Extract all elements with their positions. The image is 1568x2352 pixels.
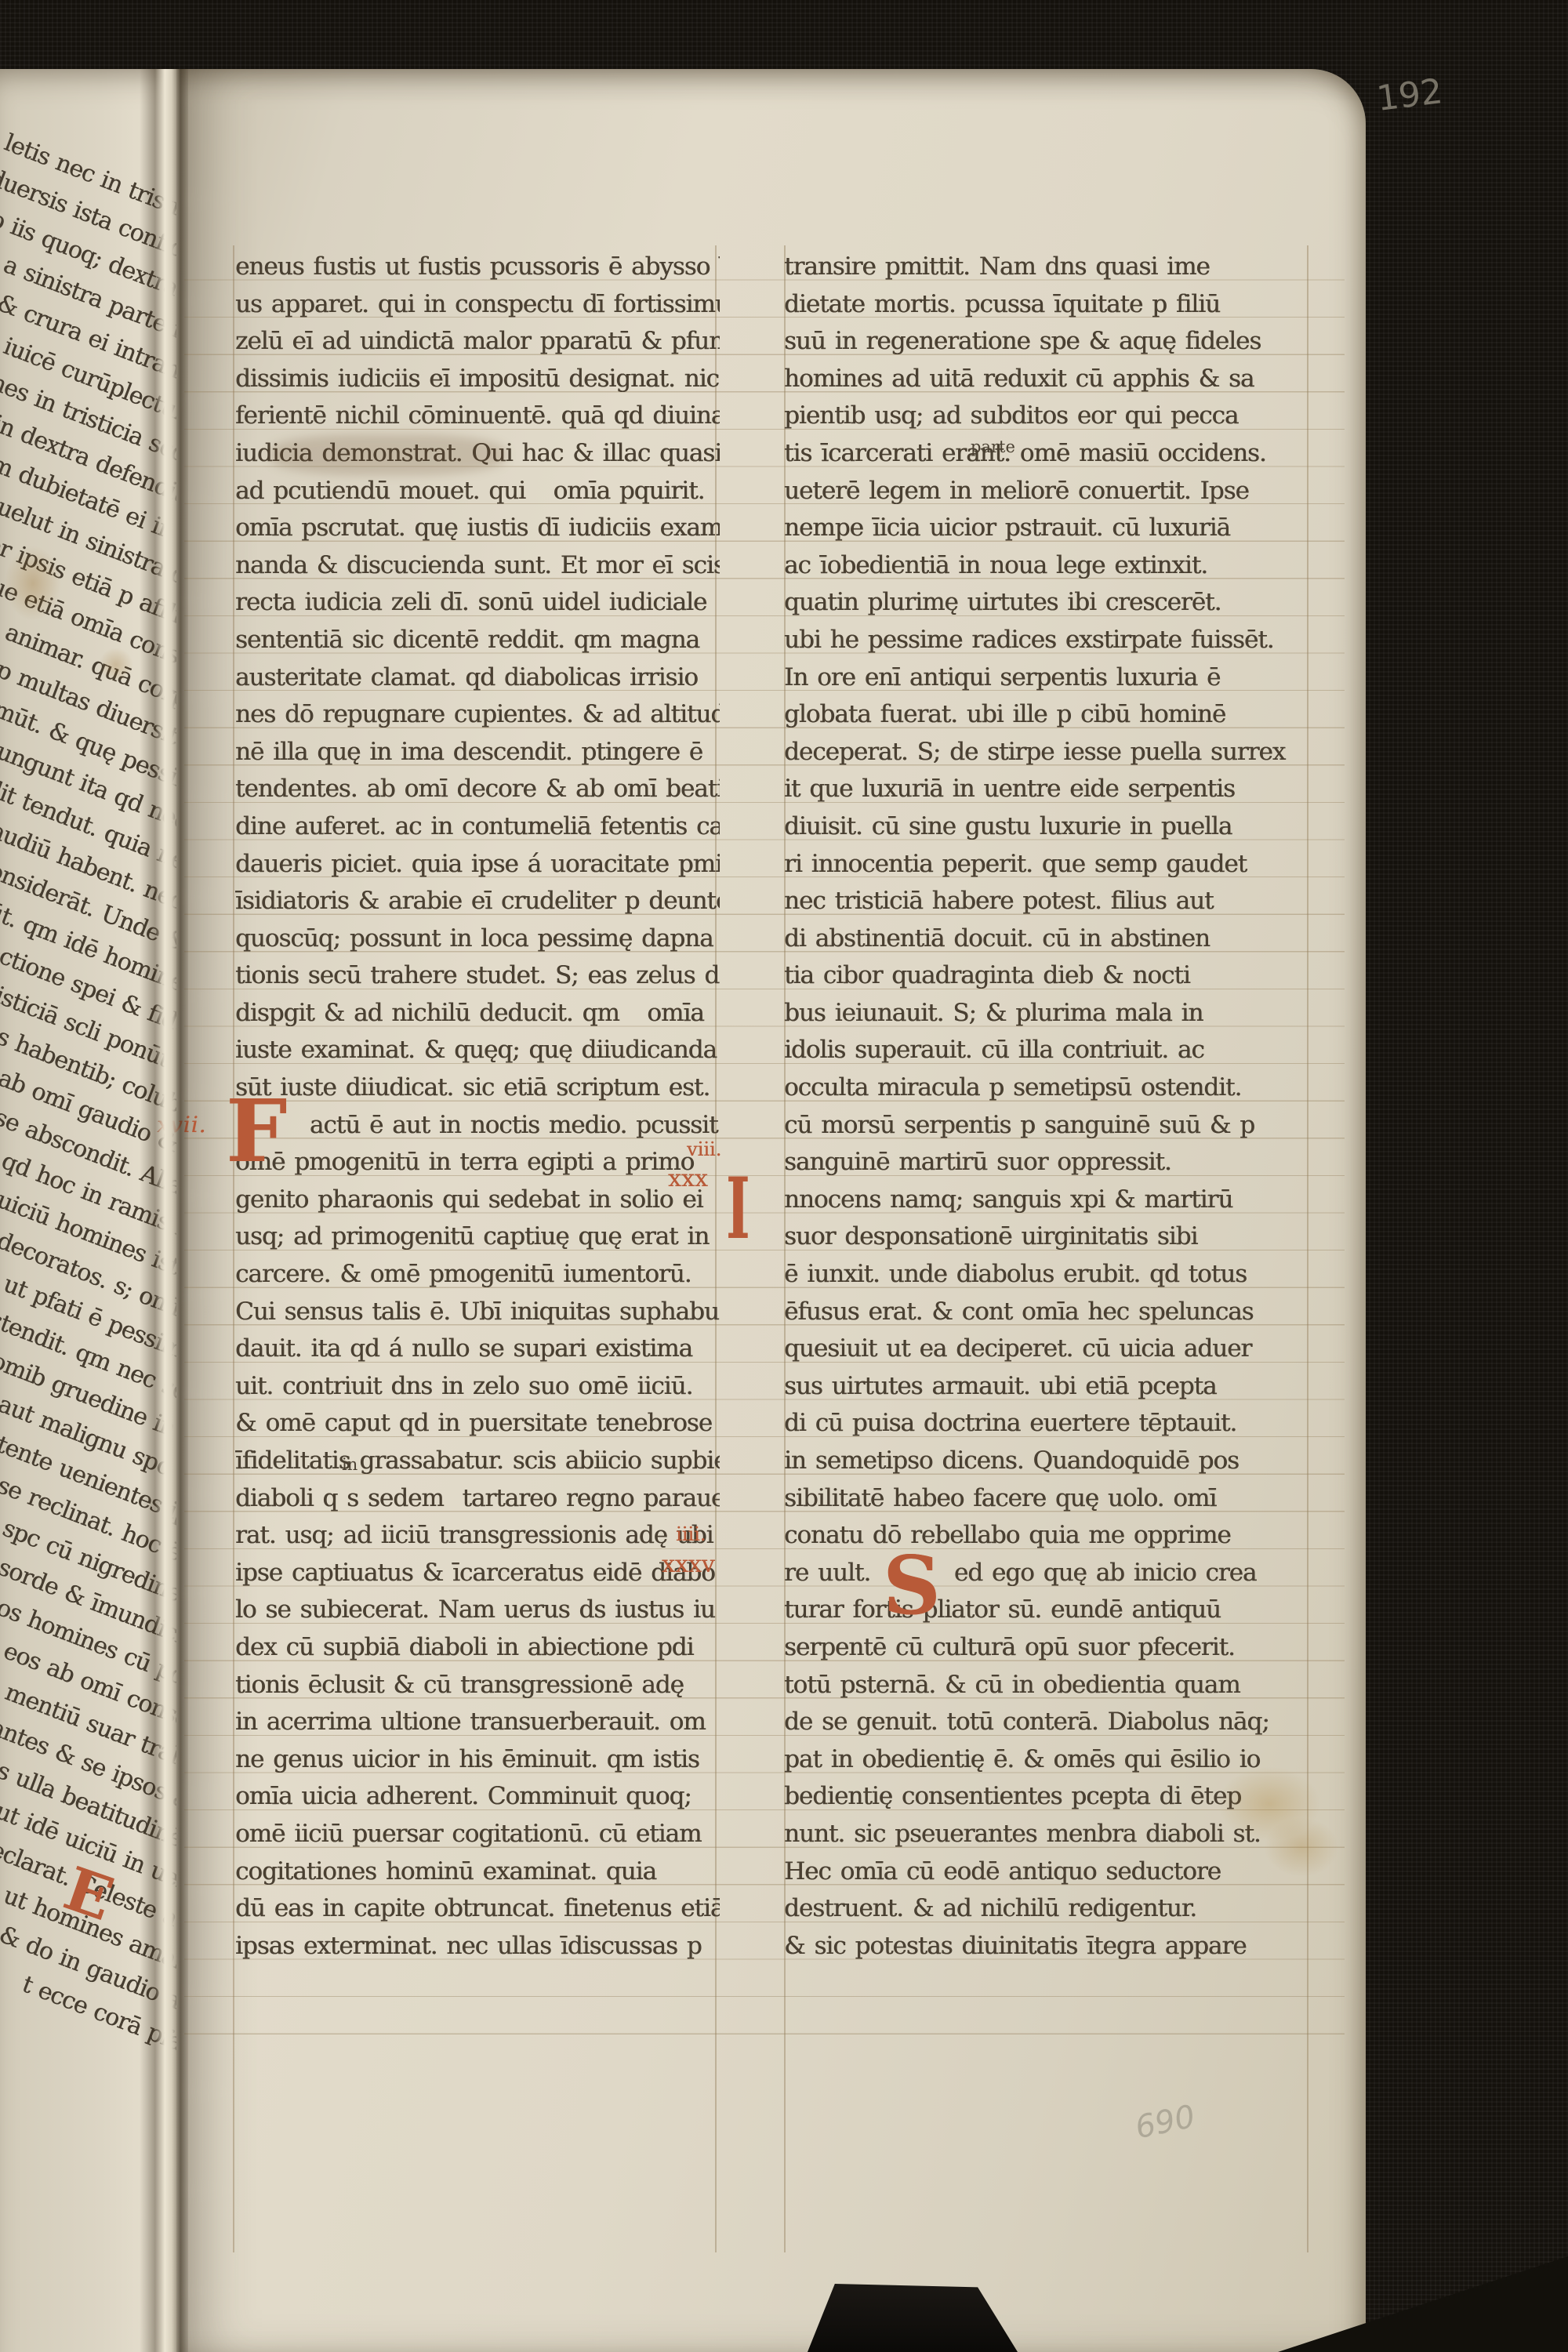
manuscript-text-line: dū eas in capite obtruncat. finetenus et…	[235, 1891, 720, 1929]
manuscript-text-line: globata fuerat. ubi ille p cibū hominē	[784, 697, 1311, 735]
manuscript-text-line: nes dō repugnare cupientes. & ad altitud…	[235, 697, 720, 735]
facing-page-edge: in letis nec in tristibaduersis ista con…	[0, 69, 184, 2352]
ruling-vertical-left-a	[233, 245, 234, 2252]
manuscript-text-line: zelū eī ad uindictā malor pparatū & pfun	[235, 324, 720, 361]
manuscript-text-line: occulta miracula p semetipsū ostendit.	[784, 1070, 1311, 1108]
manuscript-text-line: quoscūq; possunt in loca pessimę dapna	[235, 921, 720, 959]
manuscript-text-line: Cui sensus talis ē. Ubī iniquitas suphab…	[235, 1294, 720, 1332]
manuscript-text-line: rat. usq; ad iiciū transgressionis adę u…	[235, 1518, 720, 1555]
manuscript-text-line: dispgit & ad nichilū deducit. qm omīa	[235, 996, 720, 1033]
chapter-number-xxx: xxx	[668, 1165, 708, 1192]
manuscript-text-line: sententiā sic dicentē reddit. qm magna	[235, 622, 720, 660]
manuscript-text-line: actū ē aut in noctis medio. pcussit dns	[235, 1108, 720, 1145]
manuscript-text-line: conatu dō rebellabo quia me opprime	[784, 1518, 1311, 1555]
manuscript-text-line: ēfusus erat. & cont omīa hec speluncas	[784, 1294, 1311, 1332]
manuscript-text-line: dex cū supbiā diaboli in abiectione pdi	[235, 1630, 720, 1668]
chapter-number-iiii: iiii.	[676, 1523, 706, 1545]
initial-F: F	[226, 1088, 287, 1174]
manuscript-text-line: ubi he pessime radices exstirpate fuissē…	[784, 622, 1311, 660]
manuscript-text-line: di cū puisa doctrina euertere tēptauit.	[784, 1406, 1311, 1443]
manuscript-text-line: ferientē nichil cōminuentē. quā qd diuin…	[235, 398, 720, 436]
manuscript-text-line: re uult. ed ego quę ab inicio crea	[784, 1555, 1311, 1593]
manuscript-text-line: suor desponsationē uirginitatis sibi	[784, 1219, 1311, 1257]
manuscript-text-line: destruent. & ad nichilū redigentur.	[784, 1891, 1311, 1929]
manuscript-text-line: diaboli q s sedem tartareo regno paraue	[235, 1481, 720, 1519]
manuscript-text-line: ipse captiuatus & īcarceratus eidē diabo	[235, 1555, 720, 1593]
manuscript-text-line: ē iunxit. unde diabolus erubit. qd totus	[784, 1257, 1311, 1294]
manuscript-text-line: di abstinentiā docuit. cū in abstinen	[784, 921, 1311, 959]
manuscript-text-line: omē iiciū puersar cogitationū. cū etiam	[235, 1817, 720, 1854]
manuscript-text-line: genito pharaonis qui sedebat in solio ei	[235, 1182, 720, 1220]
manuscript-text-line: ac īobedientiā in noua lege extinxit.	[784, 548, 1311, 586]
manuscript-text-line: dietate mortis. pcussa īquitate p filiū	[784, 287, 1311, 325]
manuscript-text-line: Hec omīa cū eodē antiquo seductore	[784, 1854, 1311, 1892]
manuscript-text-line: dissimis iudiciis eī impositū designat. …	[235, 361, 720, 399]
manuscript-text-line: sūt iuste diiudicat. sic etiā scriptum e…	[235, 1070, 720, 1108]
manuscript-text-line: transire pmittit. Nam dns quasi ime	[784, 249, 1311, 287]
manuscript-text-line: eneus fustis ut fustis pcussoris ē abyss…	[235, 249, 720, 287]
manuscript-text-line: de se genuit. totū conterā. Diabolus nāq…	[784, 1704, 1311, 1742]
manuscript-text-line: sibilitatē habeo facere quę uolo. omī	[784, 1481, 1311, 1519]
manuscript-text-line: austeritate clamat. qd diabolicas irrisi…	[235, 660, 720, 698]
erasure-smudge	[270, 434, 506, 475]
manuscript-text-line: bus ieiunauit. S; & plurima mala in	[784, 996, 1311, 1033]
manuscript-text-line: uit. contriuit dns in zelo suo omē iiciū…	[235, 1369, 720, 1406]
manuscript-text-line: pientib usq; ad subditos eor qui pecca	[784, 398, 1311, 436]
manuscript-text-line: quesiuit ut ea deciperet. cū uicia aduer	[784, 1331, 1311, 1369]
manuscript-text-line: in acerrima ultione transuerberauit. om	[235, 1704, 720, 1742]
manuscript-text-line: it que luxuriā in uentre eide serpentis	[784, 771, 1311, 809]
manuscript-text-line: nunt. sic pseuerantes menbra diaboli st.	[784, 1817, 1311, 1854]
manuscript-text-line: tendentes. ab omī decore & ab omī beatit…	[235, 771, 720, 809]
initial-S: S	[883, 1546, 941, 1626]
manuscript-text-line: omīa pscrutat. quę iustis dī iudiciis ex…	[235, 510, 720, 548]
text-column-right: transire pmittit. Nam dns quasi imedieta…	[784, 249, 1311, 1965]
manuscript-text-line: & sic potestas diuinitatis ītegra appare	[784, 1929, 1311, 1966]
manuscript-text-line: tis īcarcerati erant. omē masiū occidens…	[784, 436, 1311, 474]
chapter-number-xxxv: xxxv	[662, 1551, 715, 1578]
initial-I: I	[726, 1167, 750, 1251]
manuscript-text-line: ipsas exterminat. nec ullas īdiscussas p	[235, 1929, 720, 1966]
manuscript-text-line: ne genus uicior in his ēminuit. qm istis	[235, 1742, 720, 1780]
manuscript-text-line: serpentē cū culturā opū suor pfecerit.	[784, 1630, 1311, 1668]
manuscript-text-line: in semetipso dicens. Quandoquidē pos	[784, 1443, 1311, 1481]
open-book: in letis nec in tristibaduersis ista con…	[0, 69, 1366, 2352]
manuscript-text-line: dine auferet. ac in contumeliā fetentis …	[235, 809, 720, 847]
manuscript-text-line: sanguinē martirū suor oppressit.	[784, 1145, 1311, 1182]
manuscript-text-line: ad pcutiendū mouet. qui omīa pquirit.	[235, 474, 720, 511]
manuscript-text-line: diuisit. cū sine gustu luxurie in puella	[784, 809, 1311, 847]
interlinear-addition-in: in	[342, 1455, 358, 1474]
manuscript-text-line: tionis secū trahere studet. S; eas zelus…	[235, 958, 720, 996]
manuscript-text-line: bedientię consentientes pcepta di ētep	[784, 1779, 1311, 1817]
manuscript-text-line: sus uirtutes armauit. ubi etiā pcepta	[784, 1369, 1311, 1406]
interlinear-addition-parte: parte	[971, 437, 1015, 456]
manuscript-text-line: omē pmogenitū in terra egipti a primo	[235, 1145, 720, 1182]
manuscript-text-line: tionis ēclusit & cū transgressionē adę	[235, 1668, 720, 1705]
manuscript-text-line: cū morsū serpentis p sanguinē suū & p	[784, 1108, 1311, 1145]
manuscript-text-line: īsidiatoris & arabie eī crudeliter p deu…	[235, 884, 720, 921]
manuscript-text-line: carcere. & omē pmogenitū iumentorū.	[235, 1257, 720, 1294]
manuscript-text-line: recta iudicia zeli dī. sonū uidel iudici…	[235, 585, 720, 622]
manuscript-text-line: daueris piciet. quia ipse á uoracitate p…	[235, 847, 720, 884]
manuscript-text-line: cogitationes hominū examinat. quia	[235, 1854, 720, 1892]
manuscript-text-line: dauit. ita qd á nullo se supari existima	[235, 1331, 720, 1369]
manuscript-text-line: us apparet. qui in conspectu dī fortissi…	[235, 287, 720, 325]
manuscript-text-line: nnocens namq; sanguis xpi & martirū	[784, 1182, 1311, 1220]
manuscript-text-line: suū in regeneratione spe & aquę fideles	[784, 324, 1311, 361]
manuscript-text-line: turar fortis pliator sū. eundē antiquū	[784, 1592, 1311, 1630]
chapter-number-viii: viii.	[687, 1138, 721, 1160]
text-column-left: eneus fustis ut fustis pcussoris ē abyss…	[235, 249, 720, 1965]
manuscript-text-line: omīa uicia adherent. Comminuit quoq;	[235, 1779, 720, 1817]
manuscript-text-line: ueterē legem in meliorē conuertit. Ipse	[784, 474, 1311, 511]
manuscript-text-line: & omē caput qd in puersitate tenebrose	[235, 1406, 720, 1443]
manuscript-text-line: homines ad uitā reduxit cū apphis & sa	[784, 361, 1311, 399]
manuscript-text-line: quatin plurimę uirtutes ibi crescerēt.	[784, 585, 1311, 622]
manuscript-text-line: In ore enī antiqui serpentis luxuria ē	[784, 660, 1311, 698]
manuscript-text-line: usq; ad primogenitū captiuę quę erat in	[235, 1219, 720, 1257]
manuscript-text-line: nē illa quę in ima descendit. ptingere ē	[235, 735, 720, 772]
manuscript-text-line: īfidelitatis grassabatur. scis abiicio s…	[235, 1443, 720, 1481]
manuscript-text-line: nanda & discucienda sunt. Et mor eī scis	[235, 548, 720, 586]
manuscript-text-line: idolis superauit. cū illa contriuit. ac	[784, 1033, 1311, 1070]
folio-number-pencil: 192	[1374, 71, 1445, 119]
manuscript-text-line: nec tristiciā habere potest. filius aut	[784, 884, 1311, 921]
manuscript-text-line: iuste examinat. & quęq; quę diiudicanda	[235, 1033, 720, 1070]
manuscript-text-line: tia cibor quadraginta dieb & nocti	[784, 958, 1311, 996]
chapter-number-xvii: xvii.	[157, 1112, 206, 1138]
manuscript-text-line: deceperat. S; de stirpe iesse puella sur…	[784, 735, 1311, 772]
manuscript-text-line: lo se subiecerat. Nam uerus ds iustus iu	[235, 1592, 720, 1630]
manuscript-text-line: totū psternā. & cū in obedientia quam	[784, 1668, 1311, 1705]
manuscript-text-line: pat in obedientię ē. & omēs qui ēsilio i…	[784, 1742, 1311, 1780]
manuscript-text-line: ri innocentia peperit. que semp gaudet	[784, 847, 1311, 884]
manuscript-text-line: nempe īicia uicior pstrauit. cū luxuriā	[784, 510, 1311, 548]
